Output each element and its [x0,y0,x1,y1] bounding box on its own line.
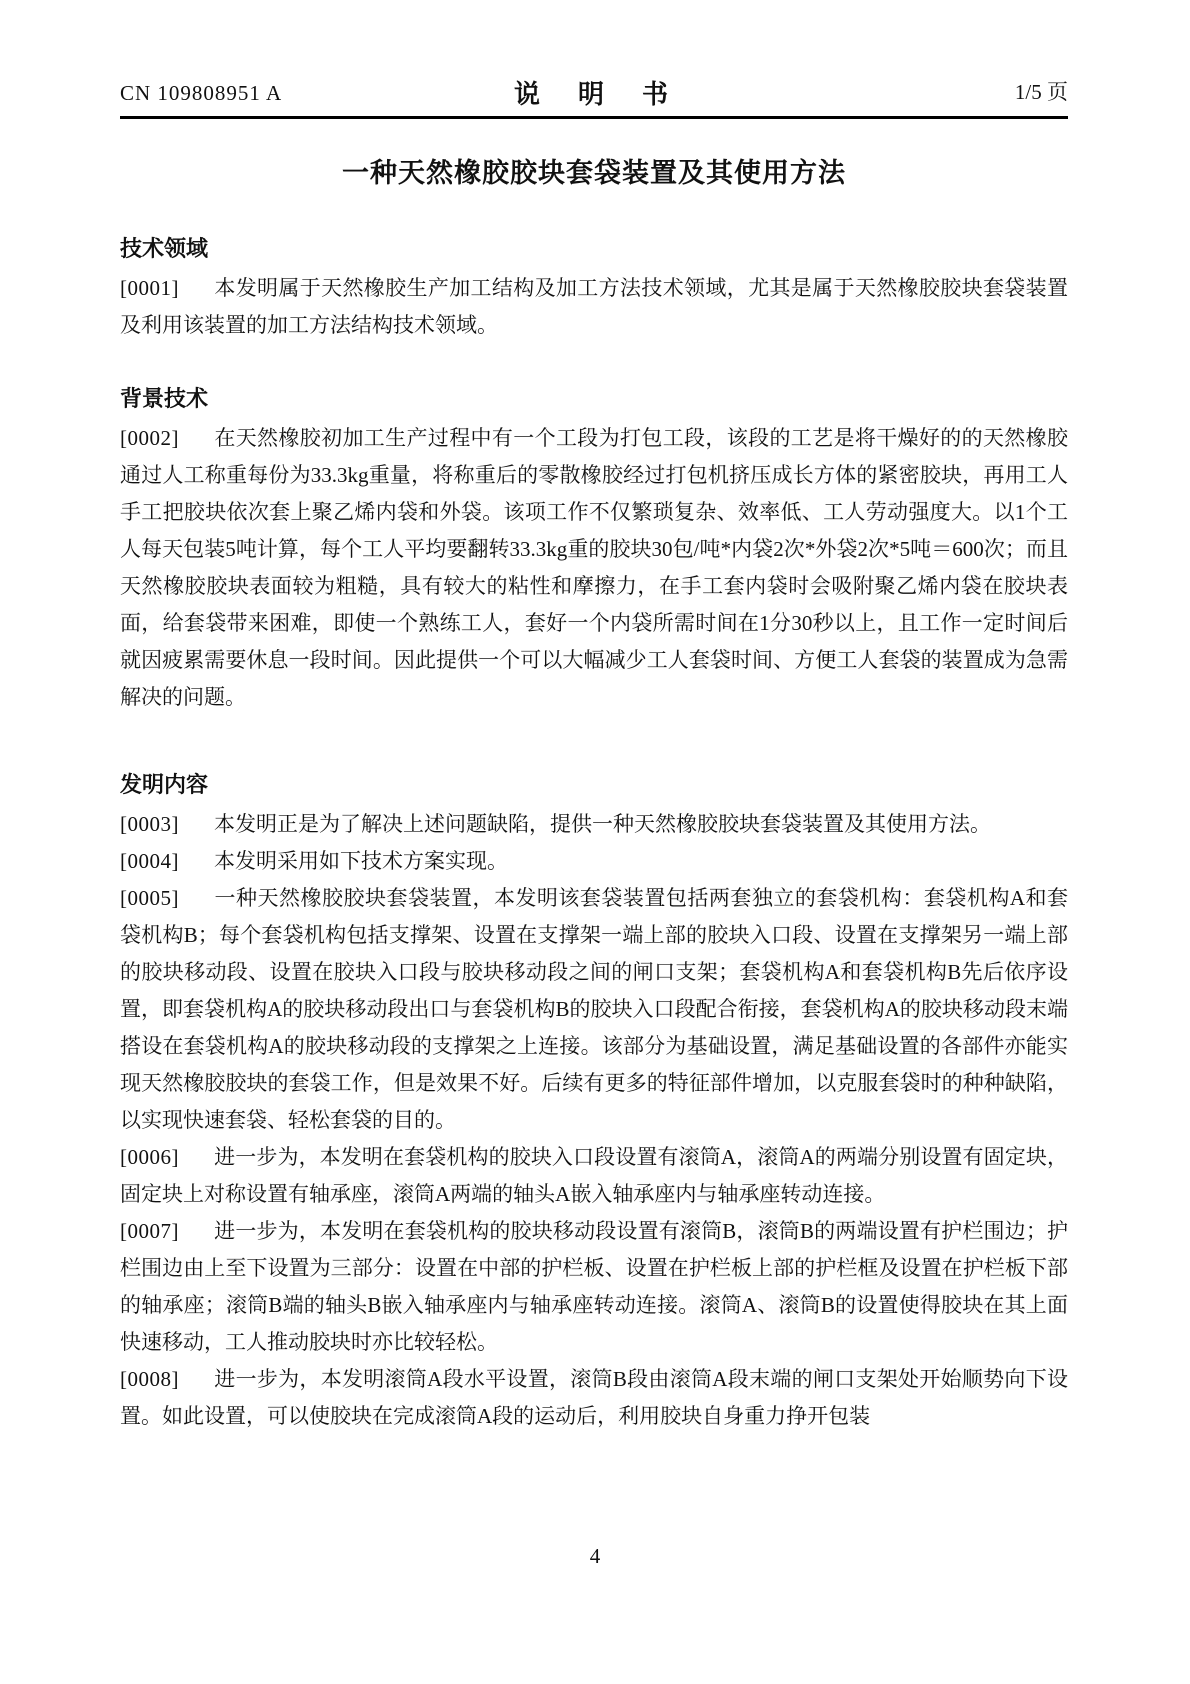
paragraph-0001: [0001]本发明属于天然橡胶生产加工结构及加工方法技术领域，尤其是属于天然橡胶… [120,270,1068,344]
paragraph-0004: [0004]本发明采用如下技术方案实现。 [120,843,1068,880]
paragraph-0006: [0006]进一步为，本发明在套袋机构的胶块入口段设置有滚筒A，滚筒A的两端分别… [120,1139,1068,1213]
header-divider [120,116,1068,119]
section-heading-background-art: 背景技术 [120,382,1068,413]
section-summary-of-invention: 发明内容 [0003]本发明正是为了解决上述问题缺陷，提供一种天然橡胶胶块套袋装… [120,768,1068,1435]
paragraph-text-0003: 本发明正是为了解决上述问题缺陷，提供一种天然橡胶胶块套袋装置及其使用方法。 [214,812,991,836]
paragraph-tag-0004: [0004] [120,843,186,880]
paragraph-tag-0002: [0002] [120,420,186,457]
section-technical-field: 技术领域 [0001]本发明属于天然橡胶生产加工结构及加工方法技术领域，尤其是属… [120,232,1068,344]
paragraph-0007: [0007]进一步为，本发明在套袋机构的胶块移动段设置有滚筒B，滚筒B的两端设置… [120,1213,1068,1361]
paragraph-0003: [0003]本发明正是为了解决上述问题缺陷，提供一种天然橡胶胶块套袋装置及其使用… [120,806,1068,843]
paragraph-0008: [0008]进一步为，本发明滚筒A段水平设置，滚筒B段由滚筒A段末端的闸口支架处… [120,1361,1068,1435]
paragraph-text-0002: 在天然橡胶初加工生产过程中有一个工段为打包工段，该段的工艺是将干燥好的的天然橡胶… [120,426,1068,709]
section-background-art: 背景技术 [0002]在天然橡胶初加工生产过程中有一个工段为打包工段，该段的工艺… [120,382,1068,716]
document-type-title: 说 明 书 [514,74,674,111]
section-heading-summary: 发明内容 [120,768,1068,799]
paragraph-text-0007: 进一步为，本发明在套袋机构的胶块移动段设置有滚筒B，滚筒B的两端设置有护栏围边；… [120,1219,1068,1354]
page-header: CN 109808951 A 说 明 书 1/5 页 [120,74,1068,108]
paragraph-0005: [0005]一种天然橡胶胶块套袋装置，本发明该套袋装置包括两套独立的套袋机构：套… [120,880,1068,1139]
patent-description-page: CN 109808951 A 说 明 书 1/5 页 一种天然橡胶胶块套袋装置及… [0,0,1190,1684]
paragraph-tag-0006: [0006] [120,1139,186,1176]
paragraph-tag-0007: [0007] [120,1213,186,1250]
section-heading-technical-field: 技术领域 [120,232,1068,263]
paragraph-tag-0008: [0008] [120,1361,186,1398]
invention-title: 一种天然橡胶胶块套袋装置及其使用方法 [120,151,1068,190]
paragraph-text-0006: 进一步为，本发明在套袋机构的胶块入口段设置有滚筒A，滚筒A的两端分别设置有固定块… [120,1145,1068,1206]
publication-number: CN 109808951 A [120,81,282,106]
paragraph-tag-0005: [0005] [120,880,186,917]
paragraph-text-0008: 进一步为，本发明滚筒A段水平设置，滚筒B段由滚筒A段末端的闸口支架处开始顺势向下… [120,1367,1068,1428]
paragraph-text-0005: 一种天然橡胶胶块套袋装置，本发明该套袋装置包括两套独立的套袋机构：套袋机构A和套… [120,886,1068,1132]
paragraph-tag-0003: [0003] [120,806,186,843]
page-indicator: 1/5 页 [1015,76,1068,106]
page-number: 4 [0,1544,1190,1569]
paragraph-0002: [0002]在天然橡胶初加工生产过程中有一个工段为打包工段，该段的工艺是将干燥好… [120,420,1068,716]
paragraph-text-0004: 本发明采用如下技术方案实现。 [214,849,508,873]
paragraph-text-0001: 本发明属于天然橡胶生产加工结构及加工方法技术领域，尤其是属于天然橡胶胶块套袋装置… [120,276,1068,337]
paragraph-tag-0001: [0001] [120,270,186,307]
